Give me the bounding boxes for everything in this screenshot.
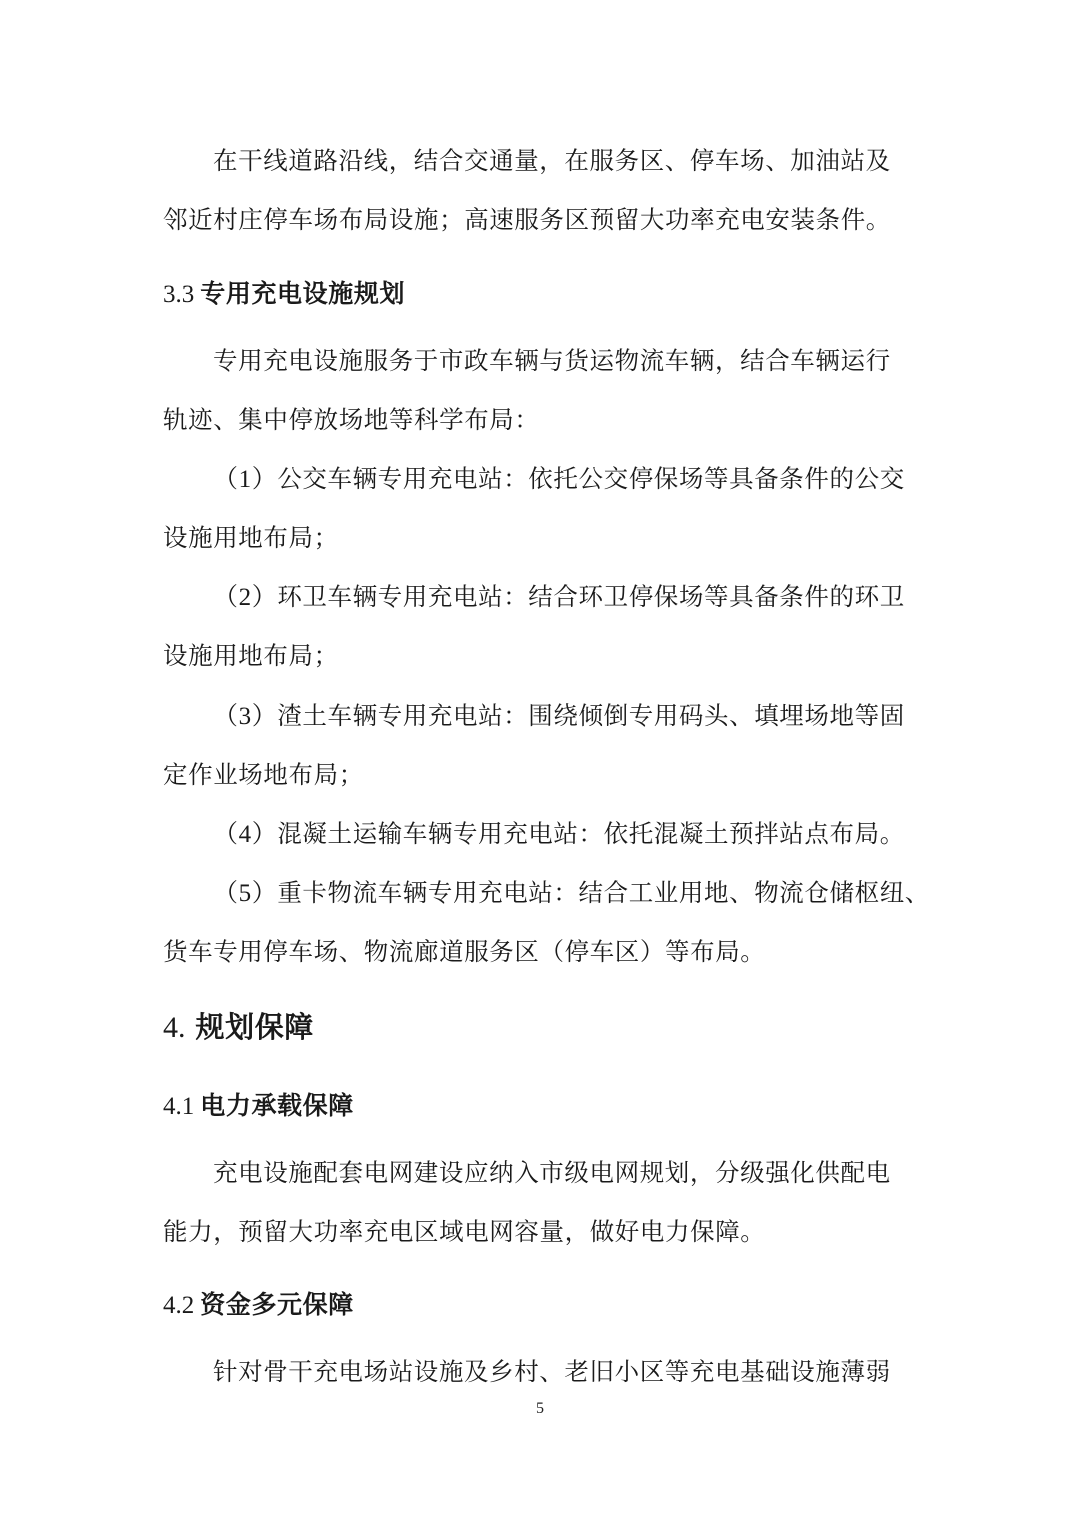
paragraph-text: 专用充电设施服务于市政车辆与货运物流车辆，结合车辆运行 [213, 345, 891, 377]
section-title: 资金多元保障 [200, 1290, 354, 1319]
section-number: 4. [163, 1011, 186, 1044]
list-item-text: 渣土车辆专用充电站：围绕倾倒专用码头、填埋场地等固 [277, 701, 905, 730]
section-title: 规划保障 [196, 1010, 314, 1044]
list-item: （1）公交车辆专用充电站：依托公交停保场等具备条件的公交 [213, 463, 905, 496]
list-item-continuation: 货车专用停车场、物流廊道服务区（停车区）等布局。 [163, 936, 765, 968]
list-item: （2）环卫车辆专用充电站：结合环卫停保场等具备条件的环卫 [213, 581, 905, 614]
paragraph-text: 针对骨干充电场站设施及乡村、老旧小区等充电基础设施薄弱 [213, 1356, 891, 1388]
list-item: （3）渣土车辆专用充电站：围绕倾倒专用码头、填埋场地等固 [213, 700, 905, 733]
paragraph-text: 在干线道路沿线，结合交通量，在服务区、停车场、加油站及 [213, 145, 891, 177]
list-item-continuation: 定作业场地布局； [163, 759, 364, 791]
list-item-continuation: 设施用地布局； [163, 522, 339, 554]
list-marker: （3） [213, 703, 277, 730]
paragraph-text: 邻近村庄停车场布局设施；高速服务区预留大功率充电安装条件。 [163, 204, 891, 236]
section-number: 4.1 [163, 1093, 194, 1120]
list-item: （4）混凝土运输车辆专用充电站：依托混凝土预拌站点布局。 [213, 818, 905, 851]
paragraph-text: 充电设施配套电网建设应纳入市级电网规划，分级强化供配电 [213, 1157, 891, 1189]
section-number: 4.2 [163, 1292, 194, 1319]
list-marker: （1） [213, 466, 277, 493]
section-title: 专用充电设施规划 [200, 279, 405, 308]
page-number: 5 [0, 1400, 1080, 1418]
list-marker: （4） [213, 821, 277, 848]
list-item-continuation: 设施用地布局； [163, 640, 339, 672]
section-heading-4-1: 4.1电力承载保障 [163, 1090, 354, 1123]
list-item-text: 公交车辆专用充电站：依托公交停保场等具备条件的公交 [277, 464, 905, 493]
section-heading-3-3: 3.3专用充电设施规划 [163, 278, 405, 311]
list-item-text: 重卡物流车辆专用充电站：结合工业用地、物流仓储枢纽、 [277, 878, 930, 907]
section-title: 电力承载保障 [200, 1091, 354, 1120]
list-item-text: 环卫车辆专用充电站：结合环卫停保场等具备条件的环卫 [277, 582, 905, 611]
list-item: （5）重卡物流车辆专用充电站：结合工业用地、物流仓储枢纽、 [213, 877, 930, 910]
section-number: 3.3 [163, 281, 194, 308]
section-heading-4-2: 4.2资金多元保障 [163, 1289, 354, 1322]
paragraph-text: 能力，预留大功率充电区域电网容量，做好电力保障。 [163, 1216, 765, 1248]
document-page: 在干线道路沿线，结合交通量，在服务区、停车场、加油站及 邻近村庄停车场布局设施；… [0, 0, 1080, 1527]
section-heading-4: 4.规划保障 [163, 1008, 314, 1047]
list-marker: （2） [213, 584, 277, 611]
list-item-text: 混凝土运输车辆专用充电站：依托混凝土预拌站点布局。 [277, 819, 905, 848]
list-marker: （5） [213, 880, 277, 907]
paragraph-text: 轨迹、集中停放场地等科学布局： [163, 404, 540, 436]
